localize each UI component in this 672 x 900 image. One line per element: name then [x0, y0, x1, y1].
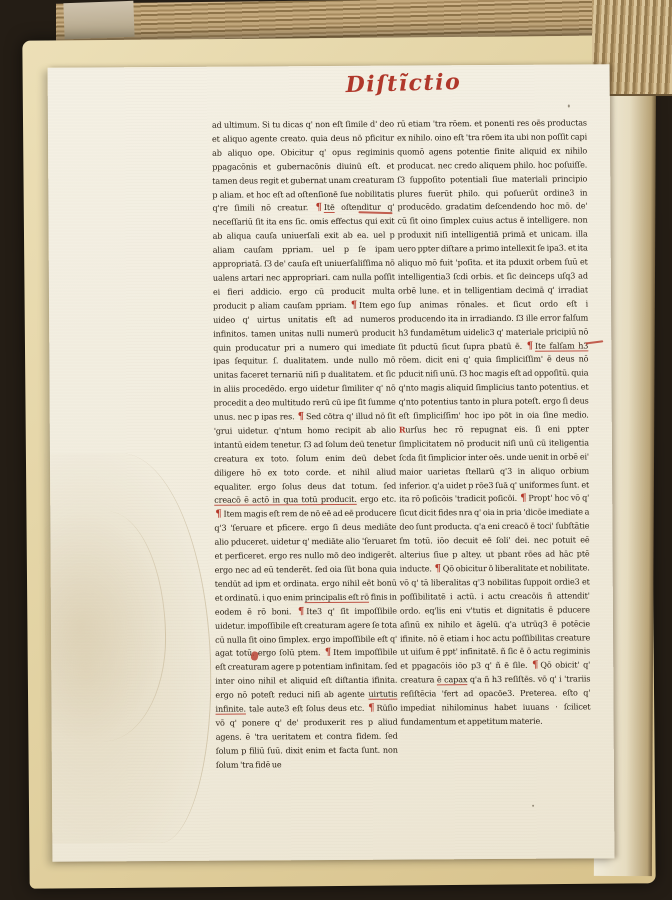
- binding-corner: [63, 1, 134, 39]
- paper-speck: [568, 105, 570, 108]
- running-title: Diſtĩctio: [345, 69, 461, 98]
- text-column-right: rū etiam 'tra rōem. et ponenti res oēs p…: [397, 116, 591, 729]
- paper-speck: [532, 805, 534, 807]
- paper-speck: [310, 154, 312, 156]
- text-column-left: ad ultimum. Si tu dicas q' non eſt ſimil…: [212, 118, 398, 773]
- manuscript-page: Diſtĩctio ad ultimum. Si tu dicas q' non…: [48, 64, 615, 861]
- book-photo: Diſtĩctio ad ultimum. Si tu dicas q' non…: [0, 0, 672, 900]
